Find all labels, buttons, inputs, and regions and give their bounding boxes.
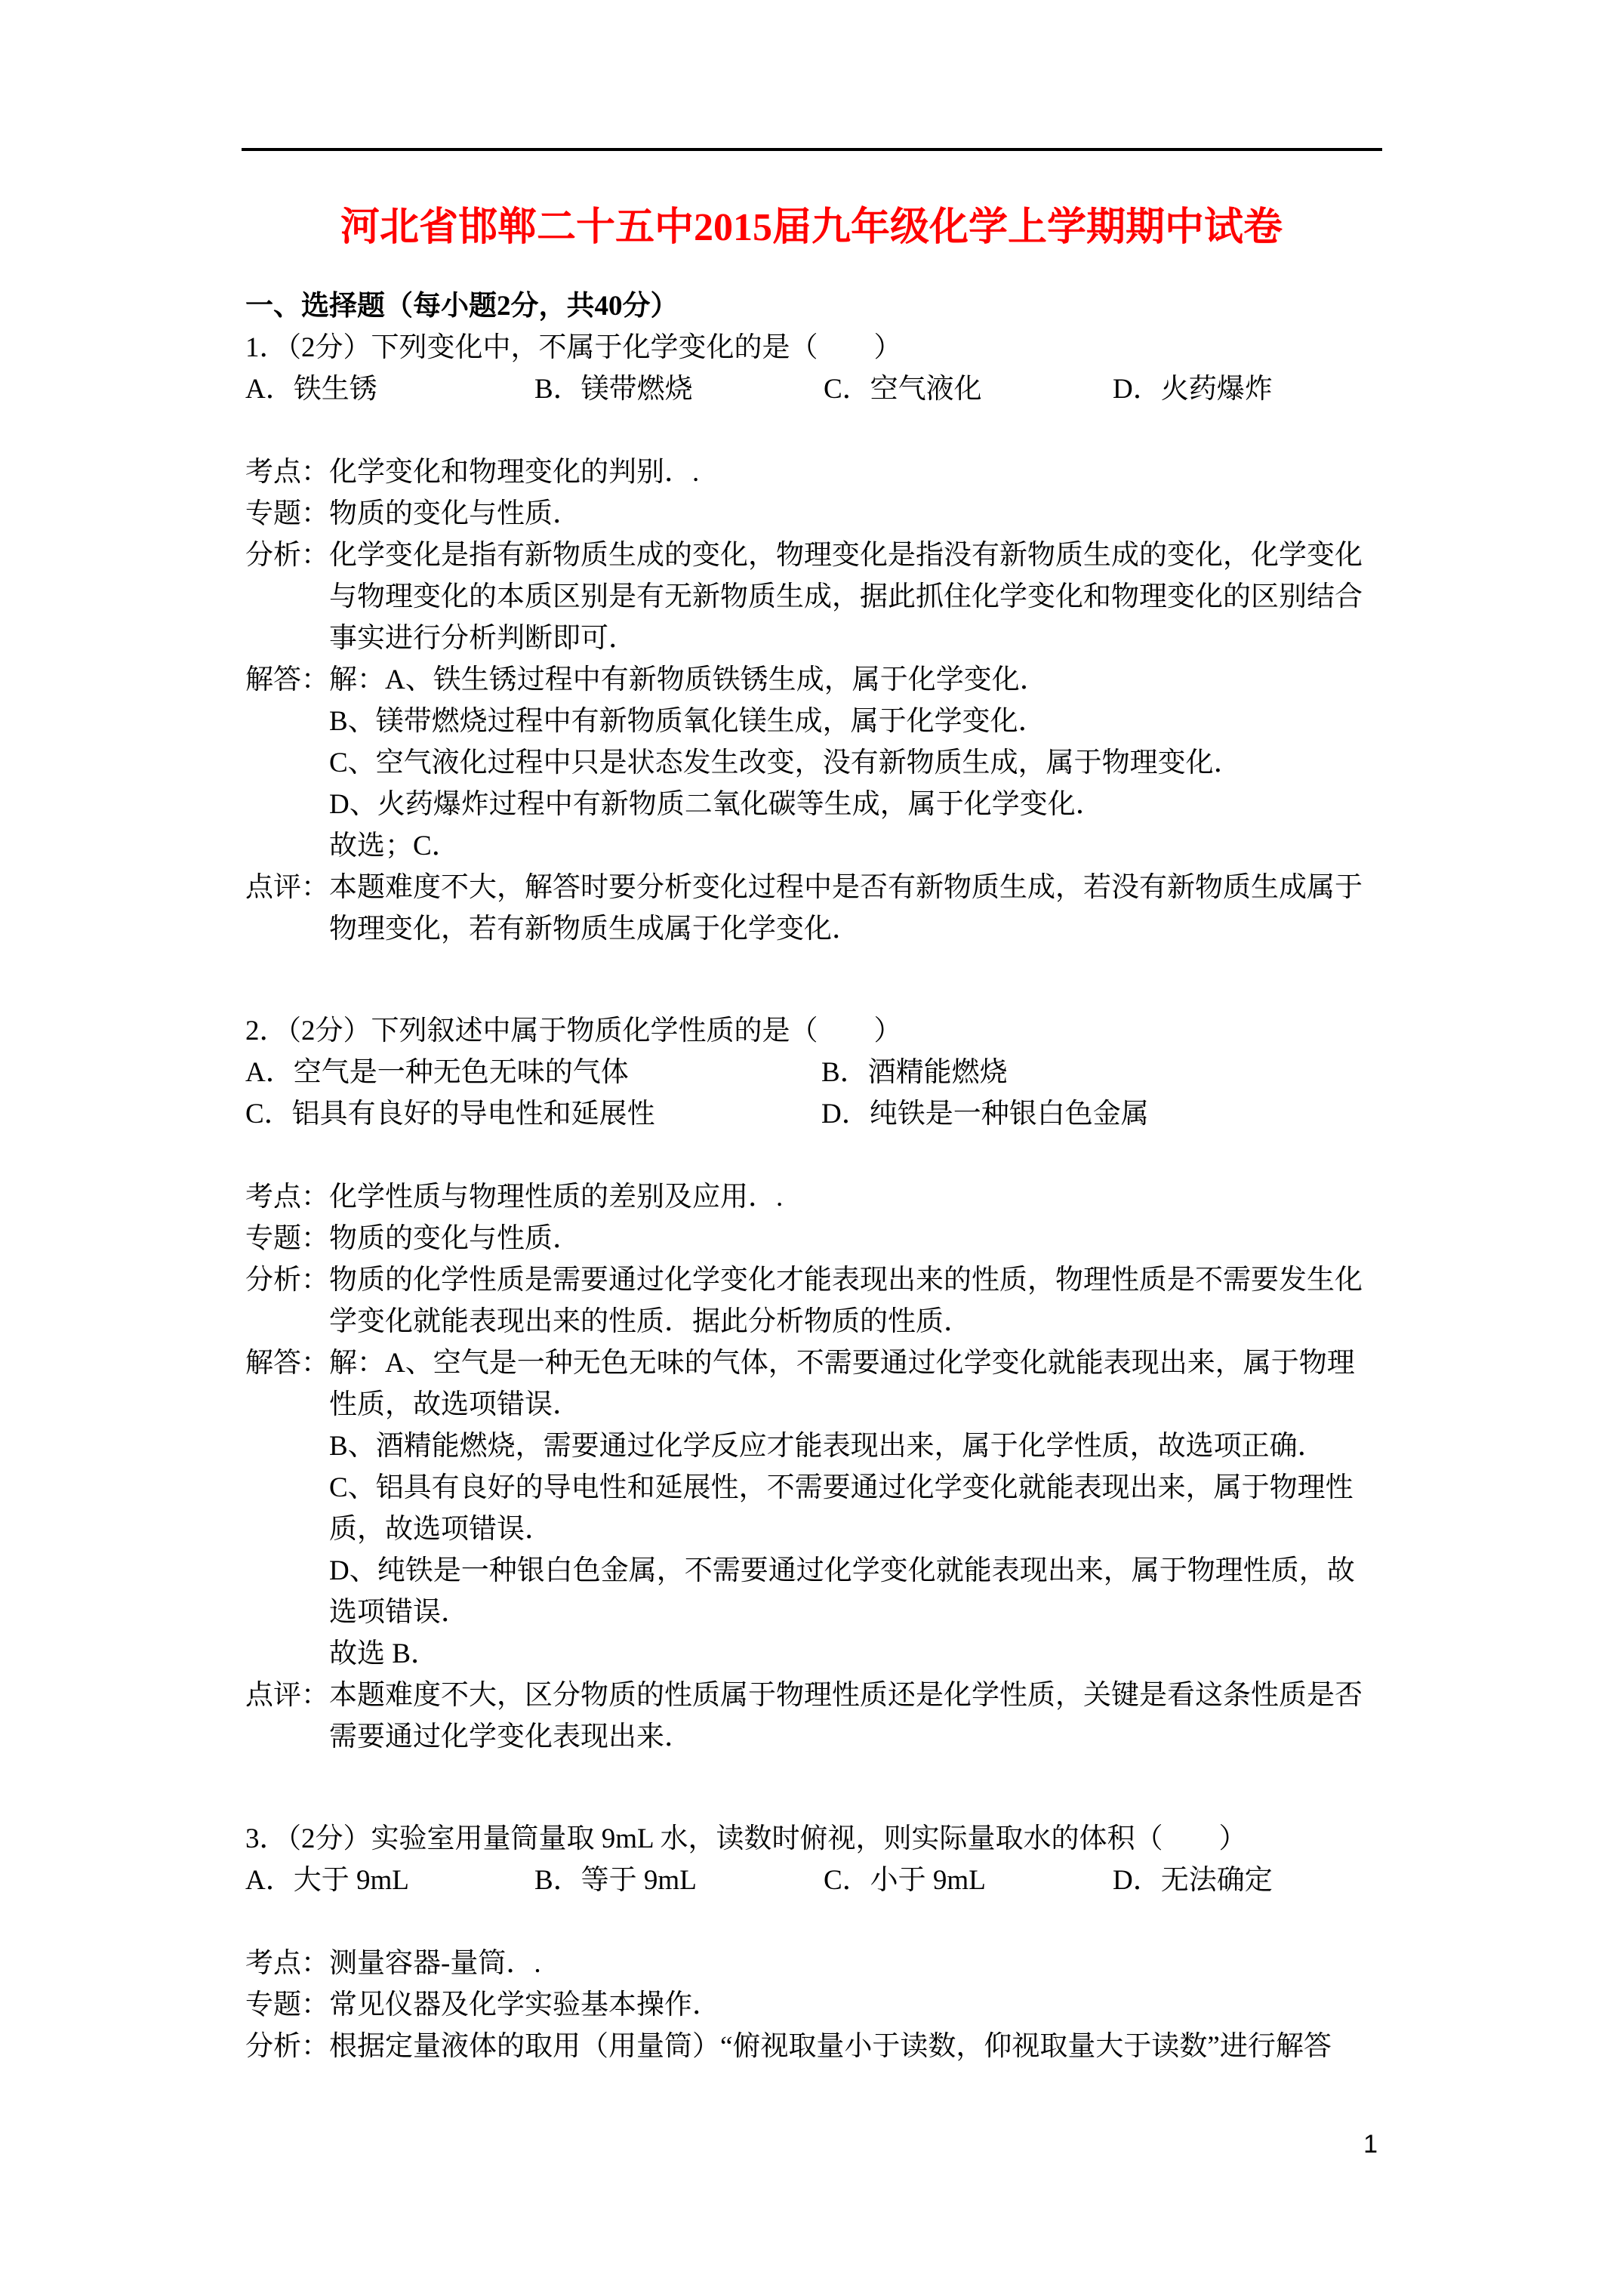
document-title: 河北省邯郸二十五中2015届九年级化学上学期期中试卷 — [245, 204, 1378, 252]
explanation-block: 考点：化学变化和物理变化的判别．.专题：物质的变化与性质．分析：化学变化是指有新… — [245, 451, 1378, 950]
explanation-text: 物质的变化与性质． — [329, 493, 1378, 535]
explanation-label: 点评： — [245, 1675, 329, 1716]
question-block: 2．（2分）下列叙述中属于物质化学性质的是（ ） A．空气是一种无色无味的气体B… — [245, 1010, 1378, 1758]
explanation-label: 考点： — [245, 451, 329, 493]
explanation-text: 物质的变化与性质． — [329, 1218, 1378, 1259]
explanation-text: 本题难度不大，解答时要分析变化过程中是否有新物质生成，若没有新物质生成属于 物理… — [329, 867, 1378, 950]
explanation-row: 分析：根据定量液体的取用（用量筒）“俯视取量小于读数，仰视取量大于读数”进行解答 — [245, 2026, 1378, 2067]
explanation-label: 解答： — [245, 1342, 329, 1384]
explanation-block: 考点：测量容器-量筒．.专题：常见仪器及化学实验基本操作．分析：根据定量液体的取… — [245, 1943, 1378, 2067]
explanation-row: 解答：解：A、空气是一种无色无味的气体，不需要通过化学变化就能表现出来，属于物理… — [245, 1342, 1378, 1675]
explanation-text: 化学变化和物理变化的判别．. — [329, 451, 1378, 493]
option-A: A．空气是一种无色无味的气体 — [245, 1052, 821, 1093]
question-block: 3．（2分）实验室用量筒量取 9mL 水，读数时俯视，则实际量取水的体积（ ） … — [245, 1818, 1378, 2067]
explanation-label: 专题： — [245, 1984, 329, 2026]
explanation-label: 考点： — [245, 1176, 329, 1218]
explanation-text: 解：A、铁生锈过程中有新物质铁锈生成，属于化学变化． B、镁带燃烧过程中有新物质… — [329, 659, 1378, 867]
header-rule — [242, 148, 1382, 151]
explanation-row: 考点：化学变化和物理变化的判别．. — [245, 451, 1378, 493]
question-stem: 2．（2分）下列叙述中属于物质化学性质的是（ ） — [245, 1010, 1378, 1052]
explanation-row: 专题：常见仪器及化学实验基本操作． — [245, 1984, 1378, 2026]
explanation-label: 专题： — [245, 493, 329, 535]
question-block: 1．（2分）下列变化中，不属于化学变化的是（ ） A．铁生锈B．镁带燃烧C．空气… — [245, 327, 1378, 950]
option-D: D．火药爆炸 — [1113, 368, 1273, 410]
explanation-label: 专题： — [245, 1218, 329, 1259]
explanation-row: 分析：化学变化是指有新物质生成的变化，物理变化是指没有新物质生成的变化，化学变化… — [245, 535, 1378, 659]
document-page: 河北省邯郸二十五中2015届九年级化学上学期期中试卷 一、选择题（每小题2分，共… — [0, 0, 1623, 2296]
explanation-text: 解：A、空气是一种无色无味的气体，不需要通过化学变化就能表现出来，属于物理 性质… — [329, 1342, 1378, 1675]
explanation-text: 本题难度不大，区分物质的性质属于物理性质还是化学性质，关键是看这条性质是否 需要… — [329, 1675, 1378, 1758]
explanation-block: 考点：化学性质与物理性质的差别及应用．.专题：物质的变化与性质．分析：物质的化学… — [245, 1176, 1378, 1758]
explanation-label: 解答： — [245, 659, 329, 701]
option-A: A．大于 9mL — [245, 1860, 534, 1901]
option-B: B．酒精能燃烧 — [821, 1052, 1378, 1093]
explanation-text: 根据定量液体的取用（用量筒）“俯视取量小于读数，仰视取量大于读数”进行解答 — [329, 2026, 1378, 2067]
explanation-row: 点评：本题难度不大，解答时要分析变化过程中是否有新物质生成，若没有新物质生成属于… — [245, 867, 1378, 950]
explanation-row: 专题：物质的变化与性质． — [245, 493, 1378, 535]
option-C: C．空气液化 — [824, 368, 1113, 410]
explanation-row: 解答：解：A、铁生锈过程中有新物质铁锈生成，属于化学变化． B、镁带燃烧过程中有… — [245, 659, 1378, 867]
explanation-text: 常见仪器及化学实验基本操作． — [329, 1984, 1378, 2026]
option-B: B．镁带燃烧 — [534, 368, 824, 410]
explanation-text: 测量容器-量筒．. — [329, 1943, 1378, 1984]
page-number: 1 — [245, 2129, 1378, 2159]
option-A: A．铁生锈 — [245, 368, 534, 410]
explanation-text: 化学性质与物理性质的差别及应用．. — [329, 1176, 1378, 1218]
explanation-row: 专题：物质的变化与性质． — [245, 1218, 1378, 1259]
question-stem: 1．（2分）下列变化中，不属于化学变化的是（ ） — [245, 327, 1378, 368]
document-body: 一、选择题（每小题2分，共40分） 1．（2分）下列变化中，不属于化学变化的是（… — [245, 285, 1378, 2067]
explanation-label: 分析： — [245, 1259, 329, 1301]
option-B: B．等于 9mL — [534, 1860, 824, 1901]
explanation-row: 考点：化学性质与物理性质的差别及应用．. — [245, 1176, 1378, 1218]
question-stem: 3．（2分）实验室用量筒量取 9mL 水，读数时俯视，则实际量取水的体积（ ） — [245, 1818, 1378, 1860]
explanation-label: 点评： — [245, 867, 329, 908]
explanation-row: 考点：测量容器-量筒．. — [245, 1943, 1378, 1984]
option-D: D．纯铁是一种银白色金属 — [821, 1093, 1378, 1135]
options-row: A．铁生锈B．镁带燃烧C．空气液化D．火药爆炸 — [245, 368, 1378, 410]
explanation-label: 分析： — [245, 535, 329, 576]
explanation-row: 分析：物质的化学性质是需要通过化学变化才能表现出来的性质，物理性质是不需要发生化… — [245, 1259, 1378, 1342]
option-C: C．铝具有良好的导电性和延展性 — [245, 1093, 821, 1135]
option-D: D．无法确定 — [1113, 1860, 1273, 1901]
options-row: A．空气是一种无色无味的气体B．酒精能燃烧C．铝具有良好的导电性和延展性D．纯铁… — [245, 1052, 1378, 1135]
explanation-row: 点评：本题难度不大，区分物质的性质属于物理性质还是化学性质，关键是看这条性质是否… — [245, 1675, 1378, 1758]
explanation-text: 化学变化是指有新物质生成的变化，物理变化是指没有新物质生成的变化，化学变化 与物… — [329, 535, 1378, 659]
explanation-label: 分析： — [245, 2026, 329, 2067]
options-row: A．大于 9mLB．等于 9mLC．小于 9mLD．无法确定 — [245, 1860, 1378, 1901]
question-list: 1．（2分）下列变化中，不属于化学变化的是（ ） A．铁生锈B．镁带燃烧C．空气… — [245, 327, 1378, 2067]
section-heading: 一、选择题（每小题2分，共40分） — [245, 285, 1378, 327]
option-C: C．小于 9mL — [824, 1860, 1113, 1901]
explanation-label: 考点： — [245, 1943, 329, 1984]
explanation-text: 物质的化学性质是需要通过化学变化才能表现出来的性质，物理性质是不需要发生化 学变… — [329, 1259, 1378, 1342]
